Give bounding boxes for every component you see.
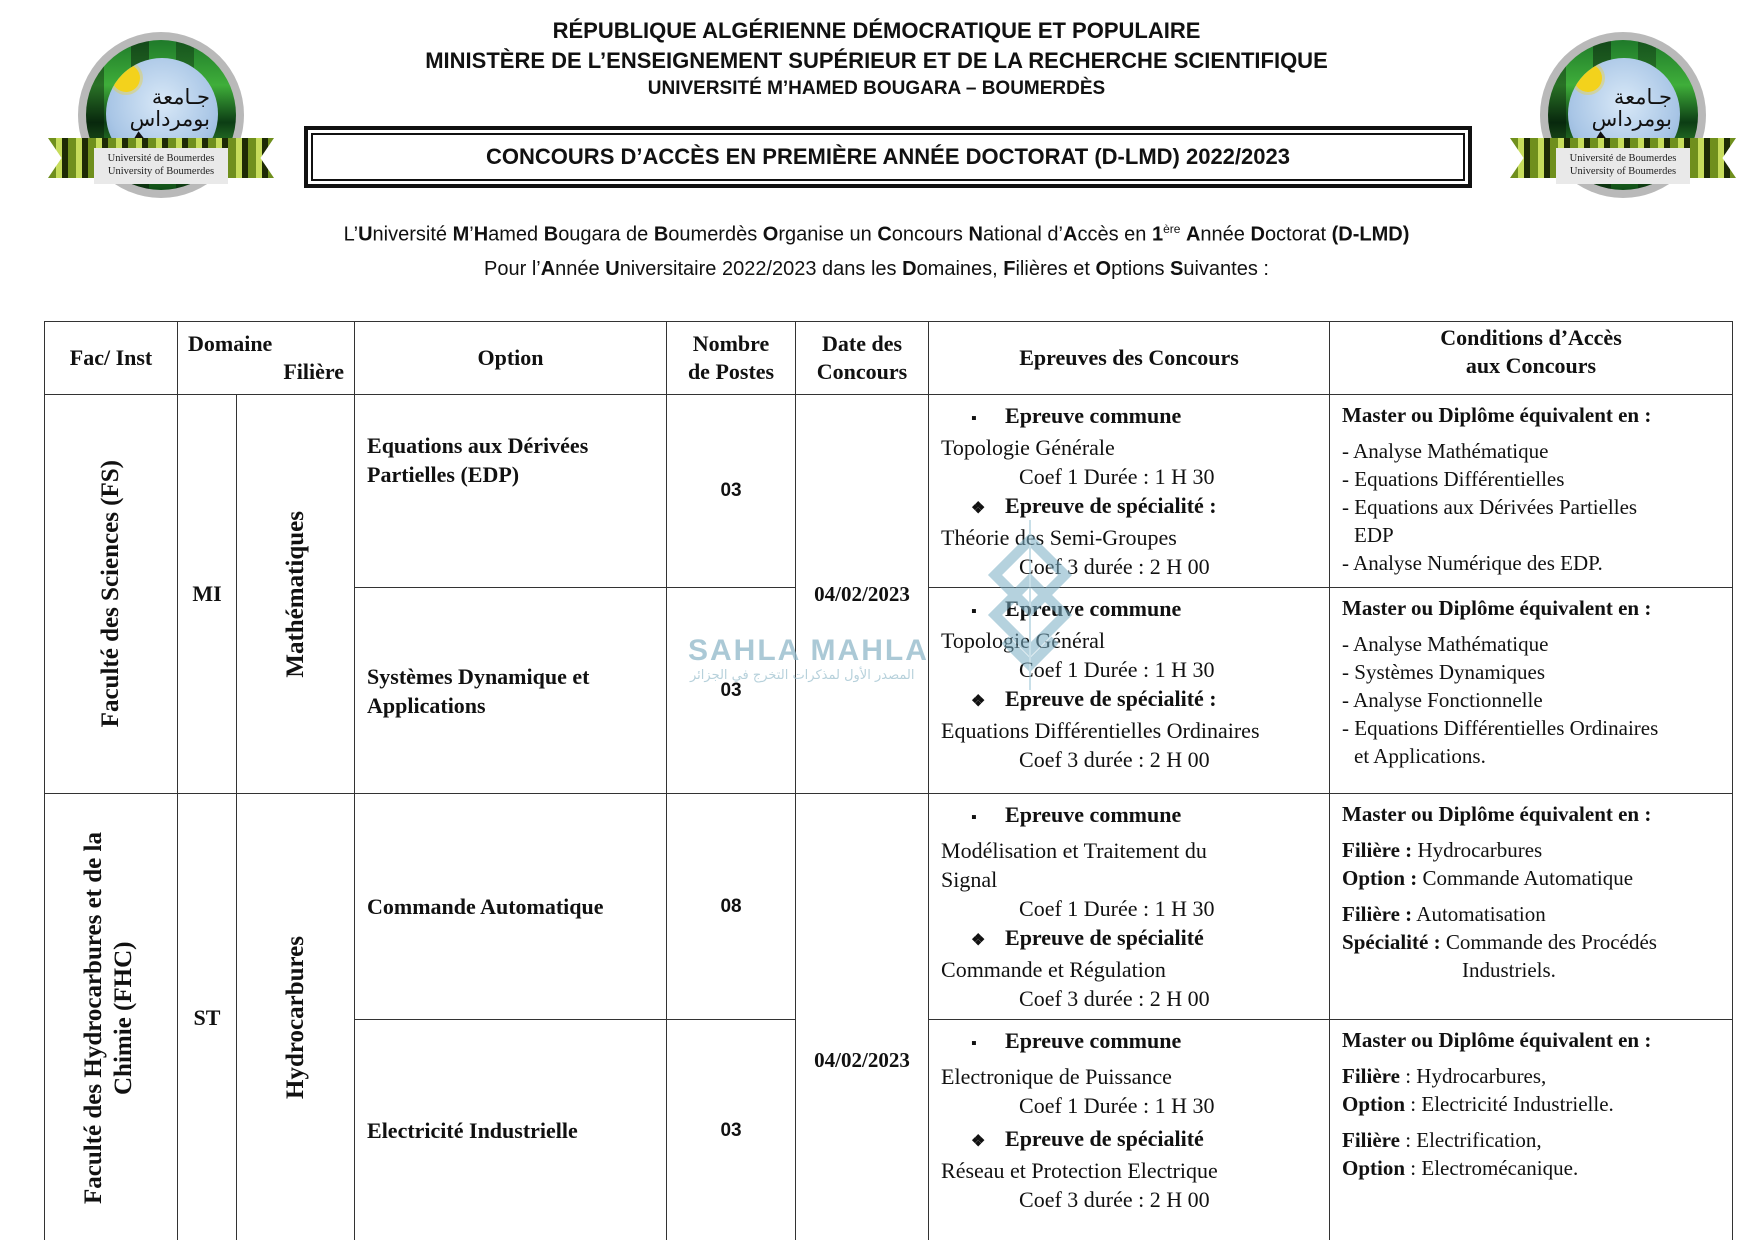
filiere-cell: Hydrocarbures <box>237 794 355 1240</box>
watermark-tagline: المصدر الأول لمذكرات التخرج في الجزائر <box>690 668 914 683</box>
table-header-row: Fac/ Inst Domaine Filière Option Nombred… <box>45 322 1733 395</box>
university-logo-right: جـامعةبومرداس Université de BoumerdesUni… <box>1510 32 1736 194</box>
logo-arabic-line1: جـامعة <box>1592 86 1672 108</box>
header-epreuves: Epreuves des Concours <box>929 322 1330 395</box>
header-date: Date desConcours <box>796 322 929 395</box>
option-cell: Commande Automatique <box>355 794 667 1020</box>
logo-arabic-line1: جـامعة <box>130 86 210 108</box>
header-conditions: Conditions d’Accèsaux Concours <box>1330 322 1733 395</box>
epreuves-cell: ▪Epreuve commune Modélisation et Traitem… <box>929 794 1330 1020</box>
logo-plate-en: University of Boumerdes <box>94 165 228 178</box>
square-bullet-icon: ▪ <box>971 404 1005 433</box>
watermark-logo-icon <box>975 520 1085 690</box>
logo-arabic-line2: بومرداس <box>1592 108 1672 130</box>
diamond-bullet-icon: ❖ <box>971 1127 1005 1156</box>
header-fac: Fac/ Inst <box>45 322 178 395</box>
epreuves-cell: ▪Epreuve commune Electronique de Puissan… <box>929 1020 1330 1240</box>
document-title: CONCOURS D’ACCÈS EN PREMIÈRE ANNÉE DOCTO… <box>486 144 1290 170</box>
logo-arabic-line2: بومرداس <box>130 108 210 130</box>
conditions-cell: Master ou Diplôme équivalent en : - Anal… <box>1330 588 1733 794</box>
diamond-bullet-icon: ❖ <box>971 494 1005 523</box>
conditions-cell: Master ou Diplôme équivalent en : - Anal… <box>1330 395 1733 588</box>
date-cell: 04/02/2023 <box>796 794 929 1240</box>
logo-plate-fr: Université de Boumerdes <box>94 152 228 165</box>
square-bullet-icon: ▪ <box>971 1029 1005 1058</box>
postes-cell: 03 <box>667 1020 796 1240</box>
intro-line-2: Pour l’Année Universitaire 2022/2023 dan… <box>0 258 1753 281</box>
option-cell: Systèmes Dynamique et Applications <box>355 588 667 794</box>
university-logo-left: جـامعةبومرداس Université de BoumerdesUni… <box>48 32 274 194</box>
table-row: Faculté des Sciences (FS) MI Mathématiqu… <box>45 395 1733 588</box>
logo-plate-en: University of Boumerdes <box>1556 165 1690 178</box>
postes-cell: 03 <box>667 395 796 588</box>
postes-cell: 03 <box>667 588 796 794</box>
watermark-brand: SAHLA MAHLA <box>688 634 929 668</box>
postes-cell: 08 <box>667 794 796 1020</box>
option-cell: Equations aux Dérivées Partielles (EDP) <box>355 395 667 588</box>
filiere-cell: Mathématiques <box>237 395 355 794</box>
faculty-cell: Faculté des Hydrocarbures et de la Chimi… <box>45 794 178 1240</box>
faculty-cell: Faculté des Sciences (FS) <box>45 395 178 794</box>
date-cell: 04/02/2023 <box>796 395 929 794</box>
table-row: Faculté des Hydrocarbures et de la Chimi… <box>45 794 1733 1020</box>
header-nombre: Nombrede Postes <box>667 322 796 395</box>
diamond-bullet-icon: ❖ <box>971 926 1005 955</box>
header-domaine-filiere: Domaine Filière <box>178 322 355 395</box>
logo-plate-fr: Université de Boumerdes <box>1556 152 1690 165</box>
header-option: Option <box>355 322 667 395</box>
diamond-bullet-icon: ❖ <box>971 687 1005 716</box>
conditions-cell: Master ou Diplôme équivalent en : Filièr… <box>1330 794 1733 1020</box>
option-cell: Electricité Industrielle <box>355 1020 667 1240</box>
domaine-cell: MI <box>178 395 237 794</box>
concours-table: Fac/ Inst Domaine Filière Option Nombred… <box>44 321 1733 1240</box>
conditions-cell: Master ou Diplôme équivalent en : Filièr… <box>1330 1020 1733 1240</box>
domaine-cell: ST <box>178 794 237 1240</box>
intro-line-1: L’Université M’Hamed Bougara de Boumerdè… <box>0 222 1753 247</box>
square-bullet-icon: ▪ <box>971 803 1005 832</box>
title-box: CONCOURS D’ACCÈS EN PREMIÈRE ANNÉE DOCTO… <box>304 126 1472 188</box>
